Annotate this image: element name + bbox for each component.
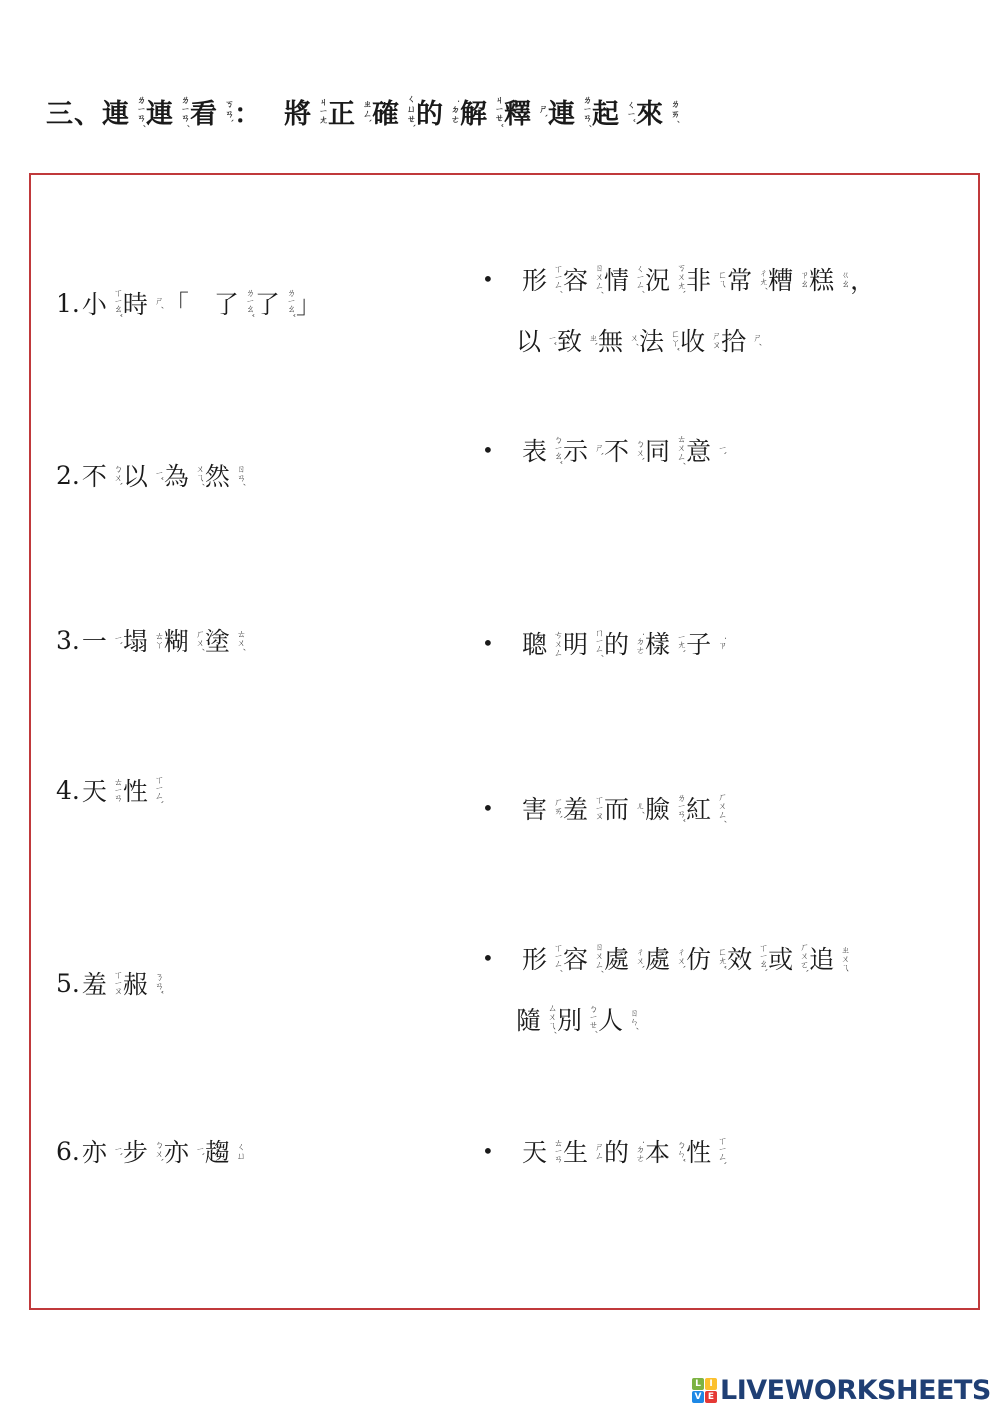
character-with-zhuyin: 而ㄦˊ	[604, 790, 645, 826]
zhuyin-annotation: ㄓㄥˋ	[356, 99, 370, 125]
zhuyin-annotation: ㄧˋ	[107, 634, 121, 646]
character-with-zhuyin: 為ㄨㄟˊ	[164, 457, 205, 493]
character-with-zhuyin: 表ㄅㄧㄠˇ	[522, 432, 563, 468]
term-item-1[interactable]: 1.小ㄒㄧㄠˇ時ㄕˊ「 了ㄌㄧㄠˇ了ㄌㄧㄠˇ」	[56, 285, 321, 321]
hanzi: 糕	[809, 261, 834, 297]
term-item-4[interactable]: 4.天ㄊㄧㄢ性ㄒㄧㄥˋ	[56, 772, 164, 808]
zhuyin-annotation: ㄗㄠ	[793, 270, 807, 288]
zhuyin-annotation: ㄈㄤˇ	[711, 947, 725, 970]
title-prefix: 三、	[46, 92, 102, 131]
hanzi: 確	[372, 92, 400, 131]
hanzi: 明	[563, 625, 588, 661]
character-with-zhuyin: 解ㄐㄧㄝˇ	[460, 92, 504, 131]
character-with-zhuyin: 別ㄅㄧㄝˊ	[557, 1001, 598, 1037]
zhuyin-annotation: ㄏㄨㄥˊ	[711, 792, 725, 824]
character-with-zhuyin: 來ㄌㄞˊ	[636, 92, 680, 131]
hanzi: 紅	[686, 790, 711, 826]
hanzi: 「	[164, 285, 214, 321]
hanzi: 以	[516, 322, 541, 358]
zhuyin-annotation: ㄧˋ	[107, 1145, 121, 1157]
zhuyin-annotation: ㄑㄩㄝˋ	[400, 94, 414, 130]
hanzi: 隨	[516, 1001, 541, 1037]
character-with-zhuyin: 時ㄕˊ	[123, 285, 164, 321]
zhuyin-annotation: ㄈㄚˇ	[664, 329, 678, 352]
zhuyin-annotation: ㄈㄟ	[711, 270, 725, 288]
character-with-zhuyin: 處ㄔㄨˋ	[645, 940, 686, 976]
term-number: 3.	[56, 626, 80, 655]
term-item-5[interactable]: 5.羞ㄒㄧㄡ赧ㄋㄢˇ	[56, 965, 164, 1001]
zhuyin-annotation: ˙ㄗ	[711, 636, 725, 650]
character-with-zhuyin: 致ㄓˋ	[557, 322, 598, 358]
character-with-zhuyin: 的˙ㄉㄜ	[604, 625, 645, 661]
bullet-dot: •	[482, 625, 494, 661]
hanzi: 容	[563, 261, 588, 297]
hanzi: 亦	[164, 1133, 189, 1169]
logo-tile: E	[705, 1391, 717, 1403]
character-with-zhuyin: 情ㄑㄧㄥˊ	[604, 261, 645, 297]
zhuyin-annotation: ㄊㄚ	[148, 631, 162, 649]
character-with-zhuyin: 不ㄅㄨˋ	[82, 457, 123, 493]
character-with-zhuyin: 連ㄌㄧㄢˊ	[102, 92, 146, 131]
zhuyin-annotation: ㄌㄧㄠˇ	[280, 288, 294, 318]
character-with-zhuyin: 以ㄧˇ	[123, 457, 164, 493]
hanzi: 連	[548, 92, 576, 131]
zhuyin-annotation: ㄌㄞˊ	[664, 99, 678, 125]
hanzi: 不	[604, 432, 629, 468]
character-with-zhuyin: 樣ㄧㄤˋ	[645, 625, 686, 661]
zhuyin-annotation: ˙ㄉㄜ	[444, 99, 458, 125]
zhuyin-annotation: ㄒㄧㄠˇ	[107, 288, 121, 318]
hanzi: 況	[645, 261, 670, 297]
character-with-zhuyin: 正ㄓㄥˋ	[328, 92, 372, 131]
bullet-dot: •	[482, 1133, 494, 1169]
zhuyin-annotation: ㄧˇ	[541, 334, 555, 346]
hanzi: 追	[809, 940, 834, 976]
hanzi: 致	[557, 322, 582, 358]
zhuyin-annotation: ㄔㄨˋ	[629, 947, 643, 970]
zhuyin-annotation: ㄒㄧㄥˊ	[547, 943, 561, 973]
character-with-zhuyin: 況ㄎㄨㄤˋ	[645, 261, 686, 297]
character-with-zhuyin: 步ㄅㄨˋ	[123, 1133, 164, 1169]
hanzi: 了	[255, 285, 280, 321]
hanzi: 法	[639, 322, 664, 358]
character-with-zhuyin: 害ㄏㄞˋ	[522, 790, 563, 826]
hanzi: 收	[680, 322, 705, 358]
hanzi: 起	[592, 92, 620, 131]
hanzi: 無	[598, 322, 623, 358]
zhuyin-annotation: ㄖㄨㄥˊ	[588, 942, 602, 974]
hanzi: 釋	[504, 92, 532, 131]
character-with-zhuyin: 羞ㄒㄧㄡ	[563, 790, 604, 826]
character-with-zhuyin: 釋ㄕˋ	[504, 92, 548, 131]
hanzi: 塗	[205, 622, 230, 658]
zhuyin-annotation: ㄏㄞˋ	[547, 797, 561, 820]
logo-icon: LIVE	[692, 1378, 717, 1403]
zhuyin-annotation: ㄅㄣˇ	[670, 1140, 684, 1163]
zhuyin-annotation: ㄅㄨˋ	[148, 1140, 162, 1163]
hanzi: 的	[604, 625, 629, 661]
hanzi: 拾	[721, 322, 746, 358]
character-with-zhuyin: 趨ㄑㄩ	[205, 1133, 246, 1169]
zhuyin-annotation: ˙ㄉㄜ	[629, 1140, 643, 1163]
term-number: 4.	[56, 776, 80, 805]
hanzi: 看	[190, 92, 218, 131]
character-with-zhuyin: 天ㄊㄧㄢ	[82, 772, 123, 808]
zhuyin-annotation: ㄅㄧㄝˊ	[582, 1004, 596, 1034]
hanzi: 連	[146, 92, 174, 131]
hanzi: 示	[563, 432, 588, 468]
hanzi: 一	[82, 622, 107, 658]
hanzi: 處	[645, 940, 670, 976]
character-with-zhuyin: 非ㄈㄟ	[686, 261, 727, 297]
zhuyin-annotation: ㄌㄧㄢˊ	[576, 95, 590, 129]
character-with-zhuyin: 意ㄧˋ	[686, 432, 727, 468]
character-with-zhuyin: 容ㄖㄨㄥˊ	[563, 940, 604, 976]
hanzi: 趨	[205, 1133, 230, 1169]
character-with-zhuyin: 追ㄓㄨㄟ	[809, 940, 850, 976]
hanzi: 不	[82, 457, 107, 493]
term-item-2[interactable]: 2.不ㄅㄨˋ以ㄧˇ為ㄨㄟˊ然ㄖㄢˊ	[56, 457, 246, 493]
hanzi: 表	[522, 432, 547, 468]
character-with-zhuyin: 仿ㄈㄤˇ	[686, 940, 727, 976]
zhuyin-annotation: ㄧˇ	[148, 469, 162, 481]
character-with-zhuyin: 子˙ㄗ	[686, 625, 727, 661]
hanzi: 天	[82, 772, 107, 808]
zhuyin-annotation: ㄕㄡ	[705, 331, 719, 349]
zhuyin-annotation: ㄓㄨㄟ	[834, 945, 848, 972]
character-with-zhuyin: 不ㄅㄨˋ	[604, 432, 645, 468]
zhuyin-annotation: ㄖㄨㄥˊ	[588, 263, 602, 295]
character-with-zhuyin: 聰ㄘㄨㄥ	[522, 625, 563, 661]
hanzi: 赧	[123, 965, 148, 1001]
character-with-zhuyin: 天ㄊㄧㄢ	[522, 1133, 563, 1169]
character-with-zhuyin: ，	[850, 261, 875, 297]
zhuyin-annotation: ㄇㄧㄥˊ	[588, 628, 602, 658]
zhuyin-annotation: ㄌㄧㄠˇ	[239, 288, 253, 318]
character-with-zhuyin: 赧ㄋㄢˇ	[123, 965, 164, 1001]
hanzi: 效	[727, 940, 752, 976]
logo-tile: L	[692, 1378, 704, 1390]
logo-tile: V	[692, 1391, 704, 1403]
character-with-zhuyin: 容ㄖㄨㄥˊ	[563, 261, 604, 297]
character-with-zhuyin: 性ㄒㄧㄥˋ	[686, 1133, 727, 1169]
hanzi: 或	[768, 940, 793, 976]
zhuyin-annotation: ㄕˋ	[532, 104, 546, 120]
character-with-zhuyin: 「	[164, 285, 214, 321]
character-with-zhuyin: 糟ㄗㄠ	[768, 261, 809, 297]
hanzi: 害	[522, 790, 547, 826]
character-with-zhuyin: 將ㄐㄧㄤ	[284, 92, 328, 131]
zhuyin-annotation: ˙ㄉㄜ	[629, 632, 643, 655]
definition-line: 隨ㄙㄨㄟˊ別ㄅㄧㄝˊ人ㄖㄣˊ	[516, 1001, 639, 1037]
definition-line: 天ㄊㄧㄢ生ㄕㄥ的˙ㄉㄜ本ㄅㄣˇ性ㄒㄧㄥˋ	[522, 1133, 727, 1169]
character-with-zhuyin: 或ㄏㄨㄛˋ	[768, 940, 809, 976]
zhuyin-annotation: ㄎㄢˋ	[218, 99, 232, 125]
hanzi: 天	[522, 1133, 547, 1169]
hanzi: 形	[522, 940, 547, 976]
hanzi: 解	[460, 92, 488, 131]
hanzi: 樣	[645, 625, 670, 661]
hanzi: 正	[328, 92, 356, 131]
zhuyin-annotation: ㄊㄨㄥˊ	[670, 434, 684, 466]
hanzi: 性	[686, 1133, 711, 1169]
hanzi: 為	[164, 457, 189, 493]
zhuyin-annotation: ㄒㄧㄥˊ	[547, 264, 561, 294]
zhuyin-annotation: ㄓˋ	[582, 333, 596, 347]
zhuyin-annotation: ㄕˊ	[746, 333, 760, 347]
term-number: 1.	[56, 289, 80, 318]
hanzi: 本	[645, 1133, 670, 1169]
bullet-dot: •	[482, 790, 494, 826]
character-with-zhuyin: 然ㄖㄢˊ	[205, 457, 246, 493]
zhuyin-annotation: ㄖㄣˊ	[623, 1008, 637, 1031]
hanzi: 的	[416, 92, 444, 131]
zhuyin-annotation: ㄕˊ	[148, 296, 162, 310]
hanzi: 然	[205, 457, 230, 493]
character-with-zhuyin: 糊ㄏㄨˊ	[164, 622, 205, 658]
hanzi: 非	[686, 261, 711, 297]
zhuyin-annotation: ㄑㄩ	[230, 1142, 244, 1160]
zhuyin-annotation: ㄏㄨㄛˋ	[793, 942, 807, 974]
zhuyin-annotation: ㄒㄧㄡ	[588, 795, 602, 820]
hanzi: 容	[563, 940, 588, 976]
bullet-dot: •	[482, 940, 494, 976]
character-with-zhuyin: 小ㄒㄧㄠˇ	[82, 285, 123, 321]
term-item-6[interactable]: 6.亦ㄧˋ步ㄅㄨˋ亦ㄧˋ趨ㄑㄩ	[56, 1133, 246, 1169]
character-with-zhuyin: 收ㄕㄡ	[680, 322, 721, 358]
zhuyin-annotation: ㄕㄥ	[588, 1142, 602, 1160]
hanzi: 而	[604, 790, 629, 826]
zhuyin-annotation: ㄧˋ	[711, 444, 725, 456]
character-with-zhuyin: 糕ㄍㄠ	[809, 261, 850, 297]
hanzi: 情	[604, 261, 629, 297]
hanzi: 人	[598, 1001, 623, 1037]
hanzi: 糟	[768, 261, 793, 297]
zhuyin-annotation: ㄧㄤˋ	[670, 633, 684, 654]
character-with-zhuyin: 拾ㄕˊ	[721, 322, 762, 358]
zhuyin-annotation: ㄔㄨˋ	[670, 947, 684, 970]
character-with-zhuyin: 明ㄇㄧㄥˊ	[563, 625, 604, 661]
hanzi: 小	[82, 285, 107, 321]
hanzi: 常	[727, 261, 752, 297]
term-number: 2.	[56, 461, 80, 490]
zhuyin-annotation: ㄖㄢˊ	[230, 464, 244, 487]
definition-line: 以ㄧˇ致ㄓˋ無ㄨˊ法ㄈㄚˇ收ㄕㄡ拾ㄕˊ	[516, 322, 762, 358]
hanzi: 生	[563, 1133, 588, 1169]
zhuyin-annotation: ㄌㄧㄢˊ	[130, 95, 144, 129]
character-with-zhuyin: 形ㄒㄧㄥˊ	[522, 940, 563, 976]
hanzi: 別	[557, 1001, 582, 1037]
character-with-zhuyin: 一ㄧˋ	[82, 622, 123, 658]
term-number: 5.	[56, 969, 80, 998]
term-number: 6.	[56, 1137, 80, 1166]
definition-line: 害ㄏㄞˋ羞ㄒㄧㄡ而ㄦˊ臉ㄌㄧㄢˇ紅ㄏㄨㄥˊ	[522, 790, 727, 826]
hanzi: 將	[284, 92, 312, 131]
zhuyin-annotation: ㄙㄨㄟˊ	[541, 1003, 555, 1035]
hanzi: 來	[636, 92, 664, 131]
zhuyin-annotation: ㄌㄧㄢˇ	[670, 793, 684, 823]
character-with-zhuyin: 無ㄨˊ	[598, 322, 639, 358]
character-with-zhuyin: 常ㄔㄤˊ	[727, 261, 768, 297]
hanzi: 羞	[82, 965, 107, 1001]
zhuyin-annotation: ㄌㄧㄢˊ	[174, 95, 188, 129]
title-colon: ：	[234, 92, 262, 131]
character-with-zhuyin: 示ㄕˋ	[563, 432, 604, 468]
hanzi: 子	[686, 625, 711, 661]
zhuyin-annotation: ㄍㄠ	[834, 270, 848, 288]
zhuyin-annotation: ㄒㄧㄠˋ	[752, 943, 766, 973]
hanzi: 性	[123, 772, 148, 808]
character-with-zhuyin: 連ㄌㄧㄢˊ	[548, 92, 592, 131]
logo-tile: I	[705, 1378, 717, 1390]
zhuyin-annotation: ㄋㄢˇ	[148, 972, 162, 995]
zhuyin-annotation: ㄏㄨˊ	[189, 629, 203, 652]
hanzi: 臉	[645, 790, 670, 826]
hanzi: 同	[645, 432, 670, 468]
character-with-zhuyin: 的˙ㄉㄜ	[416, 92, 460, 131]
hanzi: 的	[604, 1133, 629, 1169]
character-with-zhuyin: 確ㄑㄩㄝˋ	[372, 92, 416, 131]
hanzi: 意	[686, 432, 711, 468]
hanzi: 以	[123, 457, 148, 493]
title-instruction-text: 將ㄐㄧㄤ正ㄓㄥˋ確ㄑㄩㄝˋ的˙ㄉㄜ解ㄐㄧㄝˇ釋ㄕˋ連ㄌㄧㄢˊ起ㄑㄧˇ來ㄌㄞˊ	[284, 92, 680, 131]
zhuyin-annotation: ㄒㄧㄥˋ	[711, 1136, 725, 1166]
character-with-zhuyin: 本ㄅㄣˇ	[645, 1133, 686, 1169]
definition-line: 表ㄅㄧㄠˇ示ㄕˋ不ㄅㄨˋ同ㄊㄨㄥˊ意ㄧˋ	[522, 432, 727, 468]
hanzi: 塌	[123, 622, 148, 658]
hanzi: 羞	[563, 790, 588, 826]
zhuyin-annotation: ㄐㄧㄝˇ	[488, 95, 502, 129]
character-with-zhuyin: 人ㄖㄣˊ	[598, 1001, 639, 1037]
character-with-zhuyin: 連ㄌㄧㄢˊ	[146, 92, 190, 131]
definition-line: 形ㄒㄧㄥˊ容ㄖㄨㄥˊ情ㄑㄧㄥˊ況ㄎㄨㄤˋ非ㄈㄟ常ㄔㄤˊ糟ㄗㄠ糕ㄍㄠ，	[522, 261, 875, 297]
character-with-zhuyin: 羞ㄒㄧㄡ	[82, 965, 123, 1001]
character-with-zhuyin: 了ㄌㄧㄠˇ	[255, 285, 296, 321]
hanzi: 處	[604, 940, 629, 976]
zhuyin-annotation: ㄐㄧㄤ	[312, 97, 326, 125]
page-title: 三、 連ㄌㄧㄢˊ連ㄌㄧㄢˊ看ㄎㄢˋ ： 將ㄐㄧㄤ正ㄓㄥˋ確ㄑㄩㄝˋ的˙ㄉㄜ解ㄐㄧ…	[46, 92, 680, 131]
character-with-zhuyin: 的˙ㄉㄜ	[604, 1133, 645, 1169]
hanzi: 了	[214, 285, 239, 321]
character-with-zhuyin: 了ㄌㄧㄠˇ	[214, 285, 255, 321]
zhuyin-annotation: ㄒㄧㄥˋ	[148, 775, 162, 805]
character-with-zhuyin: 臉ㄌㄧㄢˇ	[645, 790, 686, 826]
zhuyin-annotation: ㄨˊ	[623, 333, 637, 347]
zhuyin-annotation: ㄒㄧㄡ	[107, 970, 121, 995]
character-with-zhuyin: 塗ㄊㄨˊ	[205, 622, 246, 658]
hanzi: 形	[522, 261, 547, 297]
character-with-zhuyin: 起ㄑㄧˇ	[592, 92, 636, 131]
character-with-zhuyin: 法ㄈㄚˇ	[639, 322, 680, 358]
character-with-zhuyin: 亦ㄧˋ	[82, 1133, 123, 1169]
hanzi: 」	[296, 285, 321, 321]
character-with-zhuyin: 以ㄧˇ	[516, 322, 557, 358]
zhuyin-annotation: ㄑㄧㄥˊ	[629, 264, 643, 294]
zhuyin-annotation: ㄅㄨˋ	[107, 464, 121, 487]
liveworksheets-logo: LIVE LIVEWORKSHEETS	[692, 1375, 991, 1406]
character-with-zhuyin: 」	[296, 285, 321, 321]
hanzi: 聰	[522, 625, 547, 661]
term-item-3[interactable]: 3.一ㄧˋ塌ㄊㄚ糊ㄏㄨˊ塗ㄊㄨˊ	[56, 622, 246, 658]
character-with-zhuyin: 隨ㄙㄨㄟˊ	[516, 1001, 557, 1037]
zhuyin-annotation: ㄎㄨㄤˋ	[670, 263, 684, 295]
zhuyin-annotation: ㄨㄟˊ	[189, 464, 203, 487]
character-with-zhuyin: 同ㄊㄨㄥˊ	[645, 432, 686, 468]
character-with-zhuyin: 生ㄕㄥ	[563, 1133, 604, 1169]
hanzi: 仿	[686, 940, 711, 976]
character-with-zhuyin: 效ㄒㄧㄠˋ	[727, 940, 768, 976]
zhuyin-annotation: ㄕˋ	[588, 443, 602, 457]
character-with-zhuyin: 塌ㄊㄚ	[123, 622, 164, 658]
character-with-zhuyin: 看ㄎㄢˋ	[190, 92, 234, 131]
zhuyin-annotation: ㄑㄧˇ	[620, 100, 634, 124]
hanzi: 糊	[164, 622, 189, 658]
definition-line: 形ㄒㄧㄥˊ容ㄖㄨㄥˊ處ㄔㄨˋ處ㄔㄨˋ仿ㄈㄤˇ效ㄒㄧㄠˋ或ㄏㄨㄛˋ追ㄓㄨㄟ	[522, 940, 850, 976]
character-with-zhuyin: 性ㄒㄧㄥˋ	[123, 772, 164, 808]
hanzi: ，	[850, 261, 875, 297]
zhuyin-annotation: ㄊㄨˊ	[230, 629, 244, 652]
hanzi: 步	[123, 1133, 148, 1169]
hanzi: 時	[123, 285, 148, 321]
zhuyin-annotation: ㄘㄨㄥ	[547, 630, 561, 657]
logo-text: LIVEWORKSHEETS	[720, 1375, 991, 1406]
character-with-zhuyin: 處ㄔㄨˋ	[604, 940, 645, 976]
zhuyin-annotation: ㄦˊ	[629, 801, 643, 815]
hanzi: 亦	[82, 1133, 107, 1169]
zhuyin-annotation: ㄊㄧㄢ	[107, 777, 121, 802]
zhuyin-annotation: ㄔㄤˊ	[752, 268, 766, 291]
character-with-zhuyin: 亦ㄧˋ	[164, 1133, 205, 1169]
zhuyin-annotation: ㄊㄧㄢ	[547, 1138, 561, 1163]
hanzi: 連	[102, 92, 130, 131]
zhuyin-annotation: ㄅㄨˋ	[629, 439, 643, 462]
definition-line: 聰ㄘㄨㄥ明ㄇㄧㄥˊ的˙ㄉㄜ樣ㄧㄤˋ子˙ㄗ	[522, 625, 727, 661]
character-with-zhuyin: 紅ㄏㄨㄥˊ	[686, 790, 727, 826]
zhuyin-annotation: ㄧˋ	[189, 1145, 203, 1157]
bullet-dot: •	[482, 432, 494, 468]
zhuyin-annotation: ㄅㄧㄠˇ	[547, 435, 561, 465]
title-instruction-heading: 連ㄌㄧㄢˊ連ㄌㄧㄢˊ看ㄎㄢˋ	[102, 92, 234, 131]
bullet-dot: •	[482, 261, 494, 297]
character-with-zhuyin: 形ㄒㄧㄥˊ	[522, 261, 563, 297]
